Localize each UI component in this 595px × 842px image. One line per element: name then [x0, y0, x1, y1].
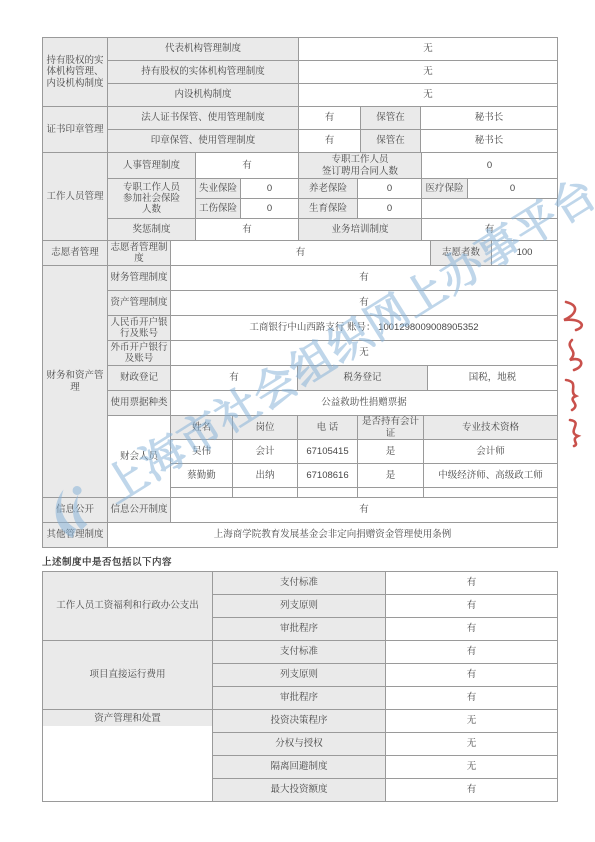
insurance-item-value: 0 — [241, 199, 299, 219]
invoice-type-value: 公益救助性捐赠票据 — [171, 391, 558, 416]
insurance-item-label: 工伤保险 — [196, 199, 241, 219]
empty-cell — [233, 488, 298, 498]
item-value: 有 — [386, 595, 558, 618]
bank-account-label: 人民币开户银行及账号 — [108, 316, 171, 341]
empty-cell — [424, 488, 558, 498]
hr-system-value: 有 — [196, 153, 299, 179]
staff-name: 蔡勤勤 — [171, 464, 233, 488]
accounting-staff-label: 财会人员 — [108, 416, 171, 498]
item-label: 支付标准 — [213, 572, 386, 595]
row-value: 有 — [299, 130, 361, 153]
empty-cell — [358, 488, 424, 498]
disclosure-system-label: 信息公开制度 — [108, 498, 171, 523]
item-value: 有 — [386, 779, 558, 802]
group-label: 项目直接运行费用 — [43, 641, 213, 710]
staff-cert: 是 — [358, 464, 424, 488]
kept-at-label: 保管在 — [361, 107, 421, 130]
item-value: 无 — [386, 733, 558, 756]
insurance-label: 专职工作人员 参加社会保险 人数 — [108, 179, 196, 219]
second-table-title: 上述制度中是否包括以下内容 — [42, 554, 172, 568]
insurance-item-value: 0 — [358, 199, 422, 219]
management-systems-table: 持有股权的实体机构管理、内设机构制度 代表机构管理制度 无 持有股权的实体机构管… — [42, 37, 558, 548]
group-other-systems: 其他管理制度 上海商学院教育发展基金会非定向捐赠资金管理使用条例 — [43, 523, 558, 548]
staff-title: 中级经济师、高级政工师 — [424, 464, 558, 488]
kept-at-label: 保管在 — [361, 130, 421, 153]
group-header: 证书印章管理 — [43, 107, 108, 153]
group-staff: 工作人员管理 人事管理制度 有 专职工作人员 签订聘用合同人数 0 专职工作人员… — [43, 153, 558, 241]
kept-by-value: 秘书长 — [421, 107, 558, 130]
staff-phone: 67105415 — [298, 440, 358, 464]
group-project-cost: 项目直接运行费用 支付标准 有 列支原则 有 审批程序 有 — [43, 641, 558, 710]
column-header: 岗位 — [233, 416, 298, 440]
insurance-item-label: 失业保险 — [196, 179, 241, 199]
row-label: 法人证书保管、使用管理制度 — [108, 107, 299, 130]
staff-title: 会计师 — [424, 440, 558, 464]
volunteer-count-value: 100 — [492, 241, 558, 266]
staff-post: 出纳 — [233, 464, 298, 488]
empty-cell — [422, 199, 558, 219]
item-label: 列支原则 — [213, 595, 386, 618]
hr-system-label: 人事管理制度 — [108, 153, 196, 179]
column-header: 是否持有会计证 — [358, 416, 424, 440]
foreign-bank-value: 无 — [171, 341, 558, 366]
volunteer-system-label: 志愿者管理制度 — [108, 241, 171, 266]
form-page: 持有股权的实体机构管理、内设机构制度 代表机构管理制度 无 持有股权的实体机构管… — [0, 0, 595, 842]
column-header: 专业技术资格 — [424, 416, 558, 440]
finance-rows: 财务管理制度 有 资产管理制度 有 人民币开户银行及账号 工商银行中山西路支行 … — [108, 266, 558, 498]
finance-simple-rows: 财务管理制度 有 资产管理制度 有 人民币开户银行及账号 工商银行中山西路支行 … — [108, 266, 558, 366]
group-finance: 财务和资产管理 财务管理制度 有 资产管理制度 有 人民币开户银行及账号 工商银… — [43, 266, 558, 498]
item-label: 支付标准 — [213, 641, 386, 664]
item-label: 审批程序 — [213, 618, 386, 641]
group-certificate-seal: 证书印章管理 法人证书保管、使用管理制度 有 保管在 秘书长 印章保管、使用管理… — [43, 107, 558, 153]
group-info-disclosure: 信息公开 信息公开制度 有 — [43, 498, 558, 523]
staff-phone: 67108616 — [298, 464, 358, 488]
insurance-item-value: 0 — [241, 179, 299, 199]
tax-reg-value: 国税，地税 — [428, 366, 558, 391]
training-system-value: 有 — [422, 219, 558, 241]
empty-cell — [171, 488, 233, 498]
group-header: 信息公开 — [43, 498, 108, 523]
volunteer-count-label: 志愿者数 — [431, 241, 492, 266]
group-header: 其他管理制度 — [43, 523, 108, 548]
item-label: 分权与授权 — [213, 733, 386, 756]
bank-account-value: 工商银行中山西路支行 账号： 1001298009008905352 — [171, 316, 558, 341]
item-value: 有 — [386, 641, 558, 664]
group-label: 工作人员工资福利和行政办公支出 — [43, 572, 213, 641]
reward-system-value: 有 — [196, 219, 299, 241]
contract-count-label: 专职工作人员 签订聘用合同人数 — [299, 153, 422, 179]
included-content-table: 工作人员工资福利和行政办公支出 支付标准 有 列支原则 有 审批程序 有 项目直… — [42, 571, 558, 802]
row-value: 无 — [299, 84, 558, 107]
staff-post: 会计 — [233, 440, 298, 464]
fiscal-tax-row: 财政登记 有 税务登记 国税，地税 — [108, 366, 558, 391]
group-header: 财务和资产管理 — [43, 266, 108, 498]
group-salary-admin: 工作人员工资福利和行政办公支出 支付标准 有 列支原则 有 审批程序 有 — [43, 572, 558, 641]
insurance-item-label: 养老保险 — [299, 179, 358, 199]
group-header: 持有股权的实体机构管理、内设机构制度 — [43, 38, 108, 107]
insurance-item-value: 0 — [358, 179, 422, 199]
column-header: 姓名 — [171, 416, 233, 440]
insurance-item-label: 医疗保险 — [422, 179, 468, 199]
staff-name: 吴伟 — [171, 440, 233, 464]
item-label: 最大投资额度 — [213, 779, 386, 802]
group-label-text: 资产管理和处置 — [43, 710, 212, 726]
item-value: 有 — [386, 664, 558, 687]
insurance-item-label: 生育保险 — [299, 199, 358, 219]
item-value: 有 — [386, 687, 558, 710]
group-volunteer: 志愿者管理 志愿者管理制度 有 志愿者数 100 — [43, 241, 558, 266]
item-value: 无 — [386, 710, 558, 733]
accounting-staff-table: 姓名 岗位 电 话 是否持有会计证 专业技术资格 吴伟 会计 67105415 … — [171, 416, 558, 498]
disclosure-system-value: 有 — [171, 498, 558, 523]
volunteer-system-value: 有 — [171, 241, 431, 266]
kept-by-value: 秘书长 — [421, 130, 558, 153]
group-asset-disposal: 资产管理和处置 投资决策程序 无 分权与授权 无 隔离回避制度 无 最大投资额度… — [43, 710, 558, 802]
row-label: 资产管理制度 — [108, 291, 171, 316]
item-value: 有 — [386, 572, 558, 595]
group-header: 工作人员管理 — [43, 153, 108, 241]
row-value: 无 — [299, 61, 558, 84]
fiscal-reg-value: 有 — [171, 366, 298, 391]
item-value: 有 — [386, 618, 558, 641]
column-header: 电 话 — [298, 416, 358, 440]
row-label: 持有股权的实体机构管理制度 — [108, 61, 299, 84]
item-label: 审批程序 — [213, 687, 386, 710]
row-label: 内设机构制度 — [108, 84, 299, 107]
item-label: 投资决策程序 — [213, 710, 386, 733]
red-ink-annotation-icon — [556, 296, 594, 448]
tax-reg-label: 税务登记 — [298, 366, 428, 391]
empty-cell — [298, 488, 358, 498]
row-label: 印章保管、使用管理制度 — [108, 130, 299, 153]
row-label: 财务管理制度 — [108, 266, 171, 291]
item-label: 列支原则 — [213, 664, 386, 687]
invoice-row: 使用票据种类 公益救助性捐赠票据 — [108, 391, 558, 416]
row-value: 有 — [171, 291, 558, 316]
group-equity: 持有股权的实体机构管理、内设机构制度 代表机构管理制度 无 持有股权的实体机构管… — [43, 38, 558, 107]
row-value: 有 — [299, 107, 361, 130]
reward-system-label: 奖惩制度 — [108, 219, 196, 241]
foreign-bank-label: 外币开户银行及账号 — [108, 341, 171, 366]
accounting-staff-block: 财会人员 姓名 岗位 电 话 是否持有会计证 专业技术资格 吴伟 会计 6710… — [108, 416, 558, 498]
training-system-label: 业务培训制度 — [299, 219, 422, 241]
staff-cert: 是 — [358, 440, 424, 464]
contract-count-value: 0 — [422, 153, 558, 179]
group-header: 志愿者管理 — [43, 241, 108, 266]
other-systems-value: 上海商学院教育发展基金会非定向捐赠资金管理使用条例 — [108, 523, 558, 548]
item-label: 隔离回避制度 — [213, 756, 386, 779]
row-label: 代表机构管理制度 — [108, 38, 299, 61]
row-value: 有 — [171, 266, 558, 291]
invoice-type-label: 使用票据种类 — [108, 391, 171, 416]
insurance-item-value: 0 — [468, 179, 558, 199]
row-value: 无 — [299, 38, 558, 61]
fiscal-reg-label: 财政登记 — [108, 366, 171, 391]
item-value: 无 — [386, 756, 558, 779]
group-label: 资产管理和处置 — [43, 710, 213, 802]
